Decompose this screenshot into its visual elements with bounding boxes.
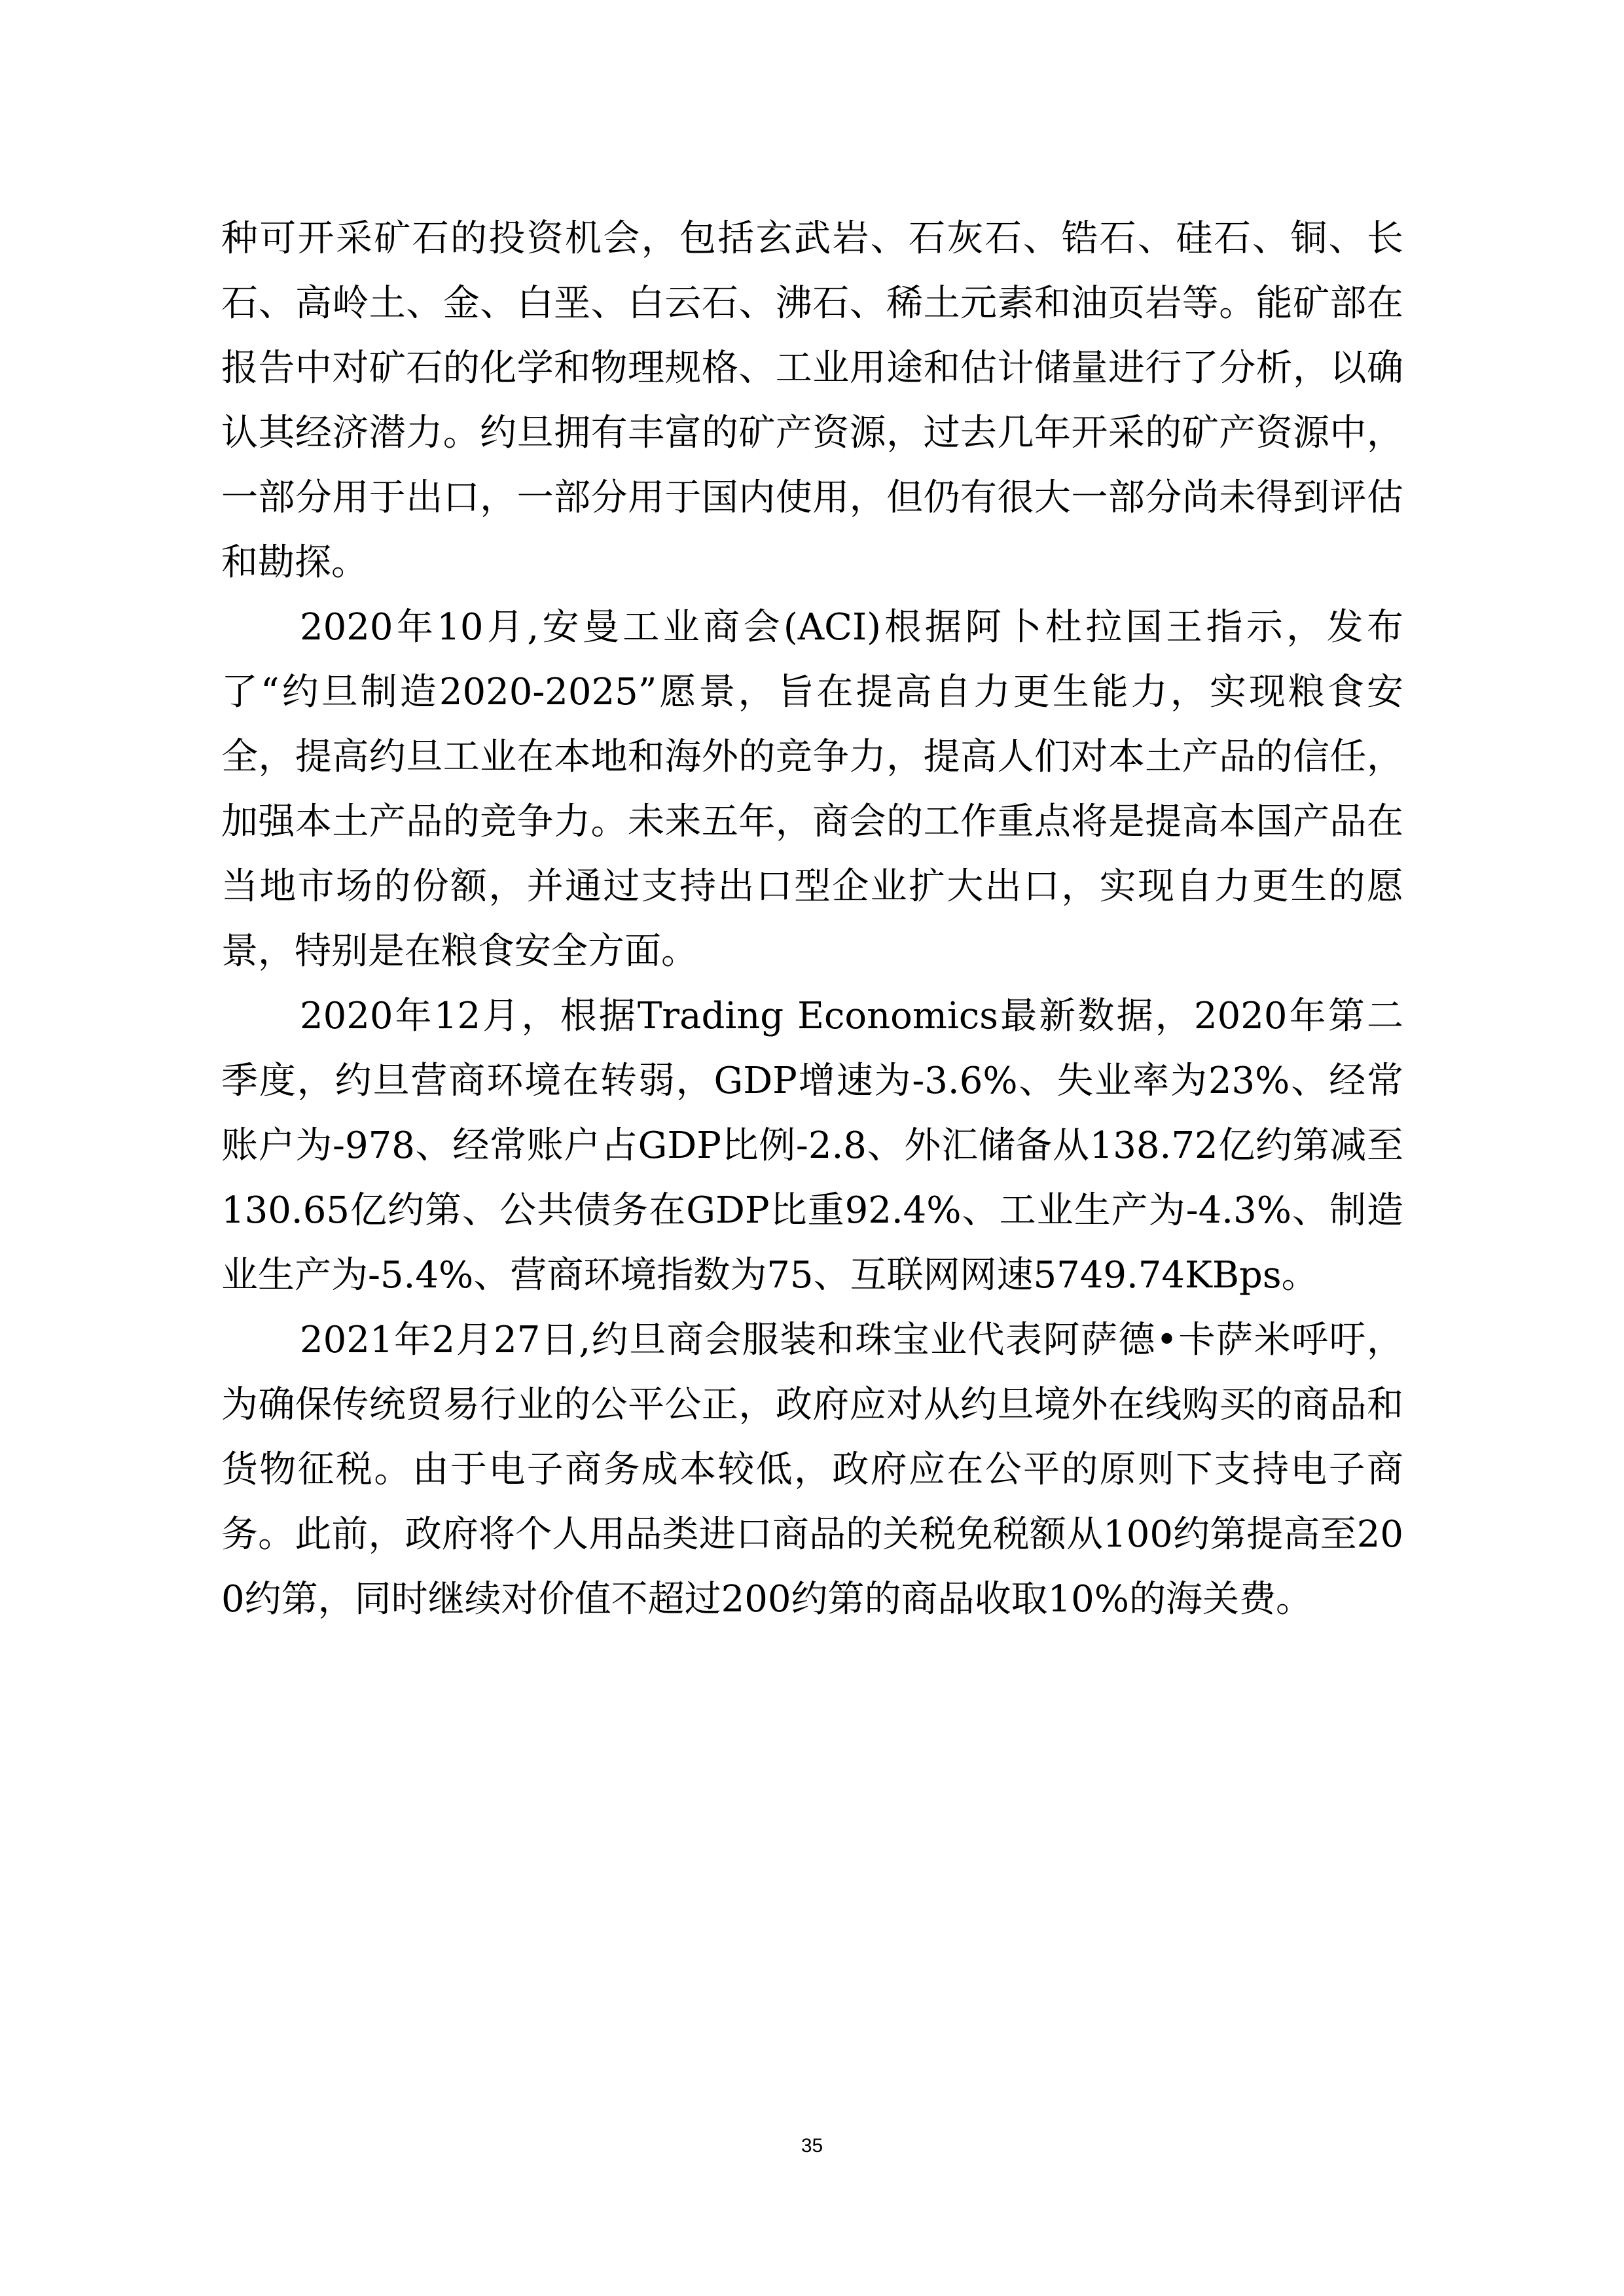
paragraph-made-in-jordan-vision: 2020年10月,安曼工业商会(ACI)根据阿卜杜拉国王指示，发布了“约旦制造2… (221, 595, 1403, 984)
paragraph-mineral-resources: 种可开采矿石的投资机会，包括玄武岩、石灰石、锆石、硅石、铜、长石、高岭土、金、白… (221, 206, 1403, 595)
page-number: 35 (0, 2135, 1624, 2157)
paragraph-trading-economics-data: 2020年12月，根据Trading Economics最新数据，2020年第二… (221, 984, 1403, 1308)
paragraph-ecommerce-tax: 2021年2月27日,约旦商会服装和珠宝业代表阿萨德•卡萨米呼吁，为确保传统贸易… (221, 1308, 1403, 1632)
document-page: 种可开采矿石的投资机会，包括玄武岩、石灰石、锆石、硅石、铜、长石、高岭土、金、白… (221, 206, 1403, 1632)
